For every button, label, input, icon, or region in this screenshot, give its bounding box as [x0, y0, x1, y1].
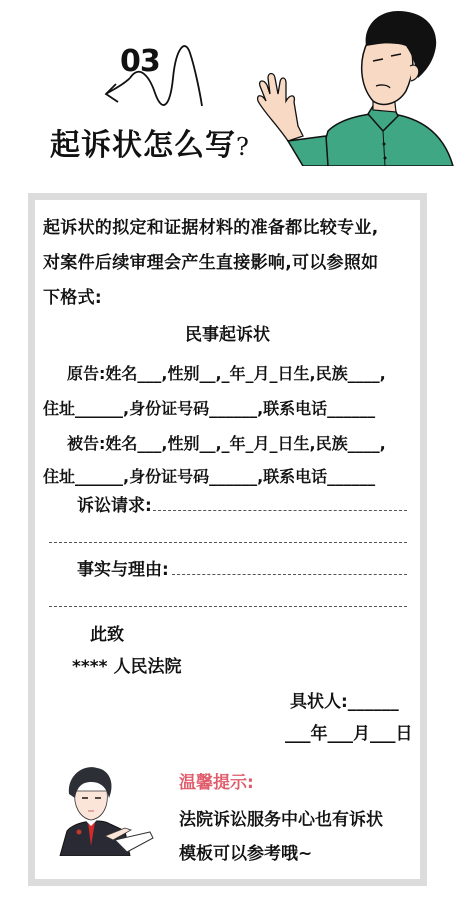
lawyer-cartoon-illustration	[55, 756, 155, 856]
header: 03 起诉状怎么写?	[0, 0, 458, 190]
thinking-man-illustration	[248, 6, 458, 166]
tip-section: 温馨提示: 法院诉讼服务中心也有诉状 模板可以参考哦~	[35, 748, 420, 866]
title-text: 起诉状怎么写	[50, 128, 236, 163]
tip-line-2: 模板可以参考哦~	[179, 839, 312, 864]
plaintiff-line-1: 原告:姓名___,性别__,_年_月_日生,民族____,	[67, 361, 386, 384]
claims-label: 诉讼请求:	[77, 491, 152, 516]
intro-line-3: 下格式:	[43, 283, 102, 308]
section-number: 03	[120, 44, 160, 79]
intro-line-2: 对案件后续审理会产生直接影响,可以参照如	[43, 248, 378, 273]
court-name: **** 人民法院	[72, 652, 181, 677]
defendant-line-2: 住址______,身份证号码______,联系电话______	[43, 464, 375, 487]
claims-blank-line-2	[49, 542, 407, 543]
date-line: ___年___月___日	[285, 719, 413, 744]
page-title: 起诉状怎么写?	[50, 120, 250, 164]
tip-title: 温馨提示:	[179, 768, 254, 793]
facts-blank-line-2	[49, 606, 407, 607]
claims-blank-line	[153, 510, 407, 511]
salutation: 此致	[90, 620, 124, 645]
facts-label: 事实与理由:	[77, 555, 169, 580]
intro-line-1: 起诉状的拟定和证据材料的准备都比较专业,	[43, 213, 378, 238]
defendant-line-1: 被告:姓名___,性别__,_年_月_日生,民族____,	[67, 431, 386, 454]
document-title: 民事起诉状	[35, 320, 420, 345]
tip-line-1: 法院诉讼服务中心也有诉状	[179, 805, 383, 830]
signer-label: 具状人:______	[290, 687, 399, 712]
facts-blank-line	[172, 574, 407, 575]
complaint-template-card: 起诉状的拟定和证据材料的准备都比较专业, 对案件后续审理会产生直接影响,可以参照…	[28, 193, 427, 886]
plaintiff-line-2: 住址______,身份证号码______,联系电话______	[43, 396, 375, 419]
